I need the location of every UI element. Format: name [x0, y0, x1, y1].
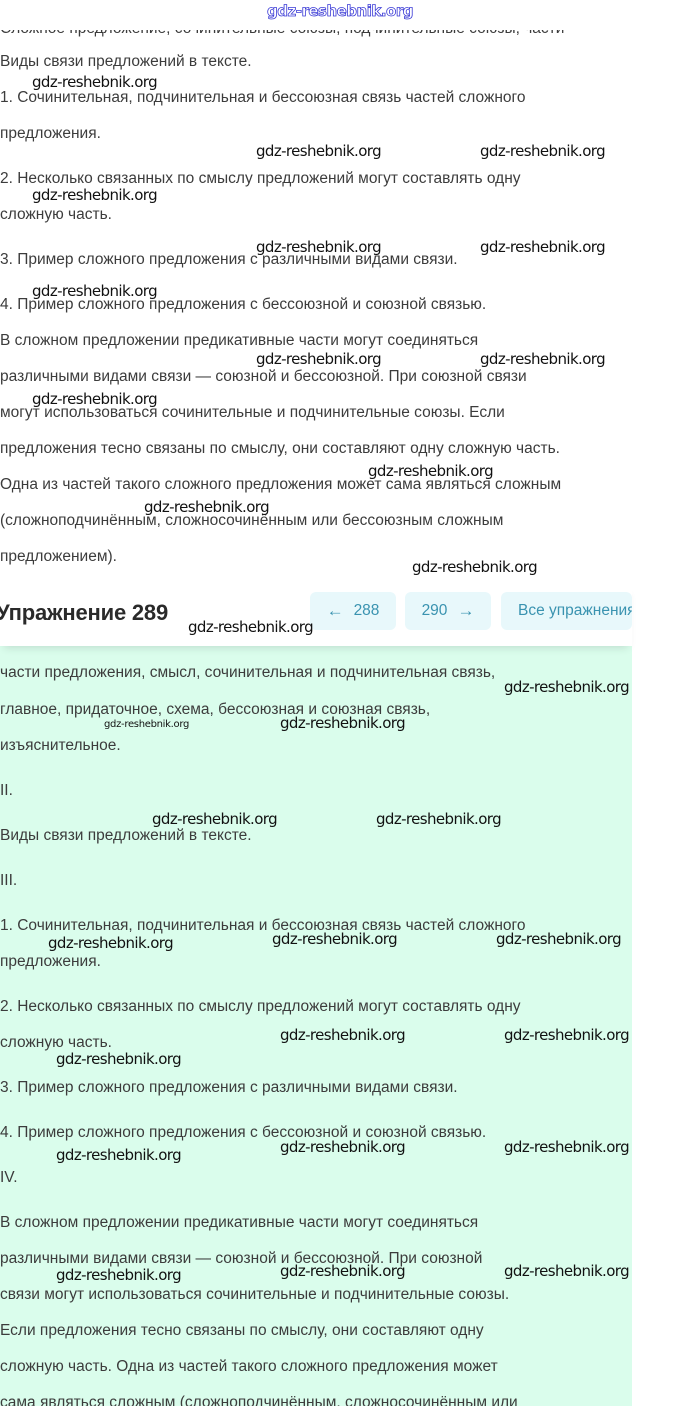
watermark: gdz-reshebnik.org [56, 1266, 181, 1284]
watermark: gdz-reshebnik.org [32, 282, 157, 300]
watermark: gdz-reshebnik.org [504, 1026, 629, 1044]
next-exercise-label: 290 [422, 602, 448, 620]
answer-line: Если предложения тесно связаны по смыслу… [0, 1322, 484, 1340]
watermark: gdz-reshebnik.org [280, 1262, 405, 1280]
prev-exercise-label: 288 [354, 602, 380, 620]
answer-line: предложения. [0, 953, 101, 971]
text-line: сложную часть. [0, 206, 112, 224]
answer-line: Виды связи предложений в тексте. [0, 827, 252, 845]
site-watermark-top: gdz-reshebnik.org [0, 2, 680, 20]
watermark: gdz-reshebnik.org [152, 810, 277, 828]
watermark: gdz-reshebnik.org [368, 462, 493, 480]
exercise-title: Упражнение 289 [0, 600, 168, 626]
watermark: gdz-reshebnik.org [256, 238, 381, 256]
text-line: В сложном предложении предикативные част… [0, 332, 478, 350]
watermark: gdz-reshebnik.org [480, 238, 605, 256]
arrow-right-icon: → [457, 601, 474, 621]
watermark: gdz-reshebnik.org [412, 558, 537, 576]
text-line: предложением). [0, 548, 117, 566]
next-exercise-button[interactable]: 290 → [405, 592, 491, 630]
watermark: gdz-reshebnik.org [32, 390, 157, 408]
answer-line: 3. Пример сложного предложения с различн… [0, 1079, 458, 1097]
text-line: 1. Сочинительная, подчинительная и бессо… [0, 89, 525, 107]
watermark: gdz-reshebnik.org [32, 186, 157, 204]
watermark: gdz-reshebnik.org [480, 142, 605, 160]
cut-off-text-line: Сложное предложение, сочинительные союзы… [0, 30, 672, 38]
watermark: gdz-reshebnik.org [188, 618, 313, 636]
watermark: gdz-reshebnik.org [256, 142, 381, 160]
arrow-left-icon: ← [327, 601, 344, 621]
watermark: gdz-reshebnik.org [56, 1050, 181, 1068]
watermark: gdz-reshebnik.org [376, 810, 501, 828]
answer-line: 1. Сочинительная, подчинительная и бессо… [0, 917, 525, 935]
all-exercises-label: Все упражнения [518, 602, 632, 620]
answer-line: изъяснительное. [0, 737, 121, 755]
watermark: gdz-reshebnik.org [280, 1138, 405, 1156]
text-line: 3. Пример сложного предложения с различн… [0, 251, 458, 269]
watermark: gdz-reshebnik.org [280, 1026, 405, 1044]
watermark: gdz-reshebnik.org [504, 1262, 629, 1280]
watermark: gdz-reshebnik.org [504, 678, 629, 696]
answer-line: 4. Пример сложного предложения с бессоюз… [0, 1124, 486, 1142]
watermark: gdz-reshebnik.org [48, 934, 173, 952]
text-line: предложения тесно связаны по смыслу, они… [0, 440, 560, 458]
prev-exercise-button[interactable]: ← 288 [310, 592, 396, 630]
watermark: gdz-reshebnik.org [496, 930, 621, 948]
text-line: Виды связи предложений в тексте. [0, 53, 252, 71]
answer-line: IV. [0, 1169, 18, 1187]
text-line: предложения. [0, 125, 101, 143]
watermark: gdz-reshebnik.org [480, 350, 605, 368]
watermark: gdz-reshebnik.org [256, 350, 381, 368]
watermark: gdz-reshebnik.org [272, 930, 397, 948]
watermark: gdz-reshebnik.org [56, 1146, 181, 1164]
watermark: gdz-reshebnik.org [280, 714, 405, 732]
exercise-header: Упражнение 289 ← 288 290 → Все упражнени… [0, 584, 632, 646]
answer-line: III. [0, 872, 17, 890]
watermark: gdz-reshebnik.org [144, 498, 269, 516]
answer-line: сама являться сложным (сложноподчинённым… [0, 1394, 518, 1406]
answer-line: связи могут использоваться сочинительные… [0, 1286, 509, 1304]
answer-line: сложную часть. Одна из частей такого сло… [0, 1358, 498, 1376]
watermark: gdz-reshebnik.org [504, 1138, 629, 1156]
watermark-small: gdz-reshebnik.org [104, 719, 189, 730]
watermark: gdz-reshebnik.org [32, 73, 157, 91]
answer-line: В сложном предложении предикативные част… [0, 1214, 478, 1232]
answer-line: 2. Несколько связанных по смыслу предлож… [0, 998, 521, 1016]
text-line: различными видами связи — союзной и бесс… [0, 368, 527, 386]
all-exercises-button[interactable]: Все упражнения [501, 592, 632, 630]
answer-line: части предложения, смысл, сочинительная … [0, 664, 495, 682]
answer-line: II. [0, 782, 13, 800]
